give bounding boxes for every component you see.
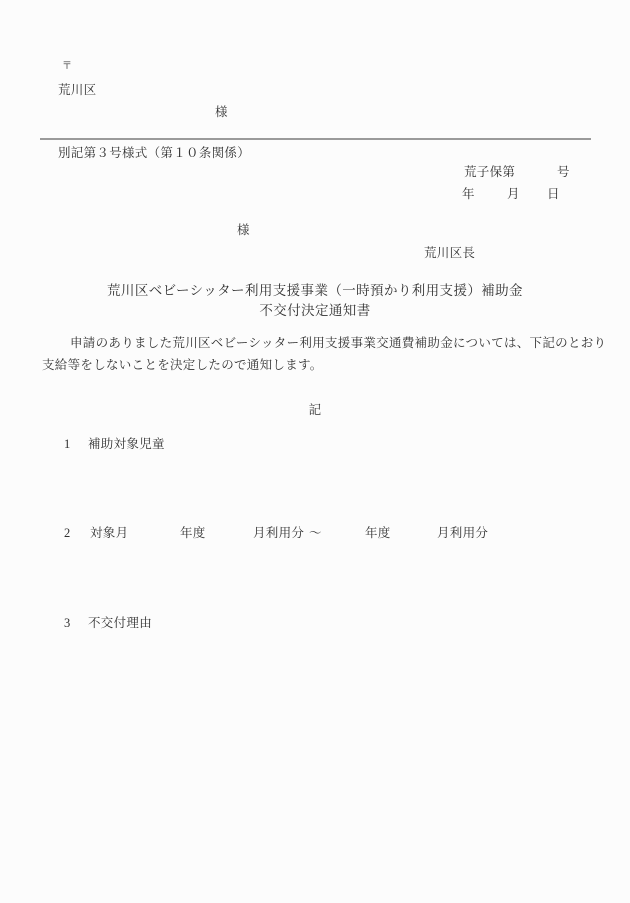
issuer-name: 荒川区長	[424, 247, 475, 260]
record-heading: 記	[0, 404, 630, 417]
item2-fiscal-year-2-label: 年度	[365, 527, 391, 540]
item2-number: 2	[64, 527, 71, 540]
addressee-address: 荒川区	[58, 84, 96, 97]
body-line-1: 申請のありました荒川区ベビーシッター利用支援事業交通費補助金については、下記のと…	[70, 337, 606, 350]
form-note: 別記第３号様式（第１０条関係）	[58, 147, 250, 160]
item2-range-tilde: ～	[309, 527, 322, 540]
recipient-honorific: 様	[237, 224, 250, 237]
date-day-label: 日	[547, 188, 560, 201]
postal-mark: 〒	[62, 62, 72, 72]
addressee-honorific: 様	[215, 106, 228, 119]
item2-fiscal-year-1-label: 年度	[180, 527, 206, 540]
doc-number-prefix: 荒子保第	[464, 166, 515, 179]
document-page: 〒 荒川区 様 別記第３号様式（第１０条関係） 荒子保第 号 年 月 日 様 荒…	[0, 0, 630, 903]
body-line-2: 支給等をしないことを決定したので通知します。	[42, 359, 323, 372]
item3-number: 3	[64, 617, 71, 630]
item3-label: 不交付理由	[88, 617, 152, 630]
header-divider	[40, 138, 591, 140]
doc-number-suffix: 号	[557, 166, 570, 179]
item1-label: 補助対象児童	[88, 438, 165, 451]
item2-label: 対象月	[90, 527, 128, 540]
date-month-label: 月	[507, 188, 520, 201]
document-title-line1: 荒川区ベビーシッター利用支援事業（一時預かり利用支援）補助金	[0, 284, 630, 298]
item1-number: 1	[64, 438, 71, 451]
item2-month-usage-2-label: 月利用分	[437, 527, 488, 540]
date-year-label: 年	[462, 188, 475, 201]
item2-month-usage-1-label: 月利用分	[253, 527, 304, 540]
document-title-line2: 不交付決定通知書	[0, 304, 630, 318]
